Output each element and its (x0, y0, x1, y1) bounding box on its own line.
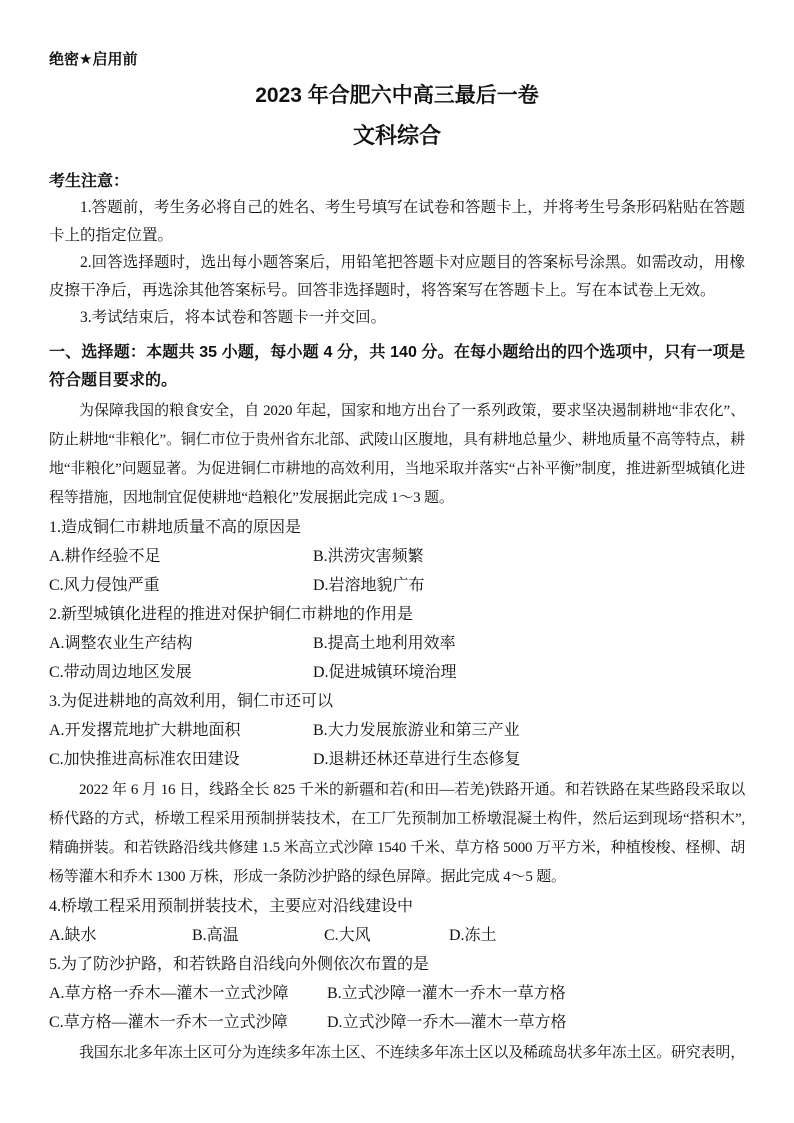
question-5: 5.为了防沙护路，和若铁路自沿线向外侧依次布置的是 A.草方格一乔木—灌木一立式… (49, 950, 745, 1037)
question-1-stem: 1.造成铜仁市耕地质量不高的原因是 (49, 513, 745, 542)
question-1: 1.造成铜仁市耕地质量不高的原因是 A.耕作经验不足 B.洪涝灾害频繁 C.风力… (49, 513, 745, 600)
question-2-stem: 2.新型城镇化进程的推进对保护铜仁市耕地的作用是 (49, 600, 745, 629)
question-3: 3.为促进耕地的高效利用，铜仁市还可以 A.开发撂荒地扩大耕地面积 B.大力发展… (49, 687, 745, 774)
question-3-option-b: B.大力发展旅游业和第三产业 (313, 716, 745, 745)
question-4: 4.桥墩工程采用预制拼装技术，主要应对沿线建设中 A.缺水 B.高温 C.大风 … (49, 892, 745, 950)
question-4-option-c: C.大风 (324, 921, 449, 950)
question-5-option-d: D.立式沙障一乔木—灌木一草方格 (327, 1008, 745, 1037)
question-2-option-b: B.提高土地利用效率 (313, 629, 745, 658)
passage-3: 我国东北多年冻土区可分为连续多年冻土区、不连续多年冻土区以及稀疏岛状多年冻土区。… (49, 1039, 745, 1068)
question-4-option-a: A.缺水 (49, 921, 192, 950)
question-1-options: A.耕作经验不足 B.洪涝灾害频繁 C.风力侵蚀严重 D.岩溶地貌广布 (49, 542, 745, 600)
question-3-option-a: A.开发撂荒地扩大耕地面积 (49, 716, 313, 745)
exam-page: 绝密★启用前 2023 年合肥六中高三最后一卷 文科综合 考生注意： 1.答题前… (0, 0, 794, 1123)
question-5-stem: 5.为了防沙护路，和若铁路自沿线向外侧依次布置的是 (49, 950, 745, 979)
question-3-option-d: D.退耕还林还草进行生态修复 (313, 745, 745, 774)
question-2-options: A.调整农业生产结构 B.提高土地利用效率 C.带动周边地区发展 D.促进城镇环… (49, 629, 745, 687)
passage-1: 为保障我国的粮食安全，自 2020 年起，国家和地方出台了一系列政策，要求坚决遏… (49, 397, 745, 513)
question-3-stem: 3.为促进耕地的高效利用，铜仁市还可以 (49, 687, 745, 716)
passage-2: 2022 年 6 月 16 日，线路全长 825 千米的新疆和若(和田—若羌)铁… (49, 776, 745, 892)
question-5-option-a: A.草方格一乔木—灌木一立式沙障 (49, 979, 327, 1008)
question-5-option-b: B.立式沙障一灌木一乔木一草方格 (327, 979, 745, 1008)
exam-title: 2023 年合肥六中高三最后一卷 (49, 83, 745, 109)
exam-subject: 文科综合 (49, 122, 745, 150)
question-1-option-b: B.洪涝灾害频繁 (313, 542, 745, 571)
question-5-option-c: C.草方格—灌木一乔木一立式沙障 (49, 1008, 327, 1037)
question-4-option-b: B.高温 (192, 921, 324, 950)
notice-heading: 考生注意： (49, 170, 745, 194)
question-4-options: A.缺水 B.高温 C.大风 D.冻土 (49, 921, 745, 950)
section-heading: 一、选择题：本题共 35 小题，每小题 4 分，共 140 分。在每小题给出的四… (49, 339, 745, 395)
question-2: 2.新型城镇化进程的推进对保护铜仁市耕地的作用是 A.调整农业生产结构 B.提高… (49, 600, 745, 687)
classification-label: 绝密★启用前 (49, 50, 745, 70)
question-4-stem: 4.桥墩工程采用预制拼装技术，主要应对沿线建设中 (49, 892, 745, 921)
question-1-option-c: C.风力侵蚀严重 (49, 571, 313, 600)
question-2-option-a: A.调整农业生产结构 (49, 629, 313, 658)
question-2-option-d: D.促进城镇环境治理 (313, 658, 745, 687)
question-1-option-a: A.耕作经验不足 (49, 542, 313, 571)
notice-item-2: 2.回答选择题时，选出每小题答案后，用铅笔把答题卡对应题目的答案标号涂黑。如需改… (49, 249, 745, 304)
question-5-options: A.草方格一乔木—灌木一立式沙障 B.立式沙障一灌木一乔木一草方格 C.草方格—… (49, 979, 745, 1037)
question-3-options: A.开发撂荒地扩大耕地面积 B.大力发展旅游业和第三产业 C.加快推进高标准农田… (49, 716, 745, 774)
question-4-option-d: D.冻土 (449, 921, 745, 950)
question-1-option-d: D.岩溶地貌广布 (313, 571, 745, 600)
question-3-option-c: C.加快推进高标准农田建设 (49, 745, 313, 774)
notice-item-3: 3.考试结束后，将本试卷和答题卡一并交回。 (49, 304, 745, 332)
question-2-option-c: C.带动周边地区发展 (49, 658, 313, 687)
notice-item-1: 1.答题前，考生务必将自己的姓名、考生号填写在试卷和答题卡上，并将考生号条形码粘… (49, 194, 745, 249)
